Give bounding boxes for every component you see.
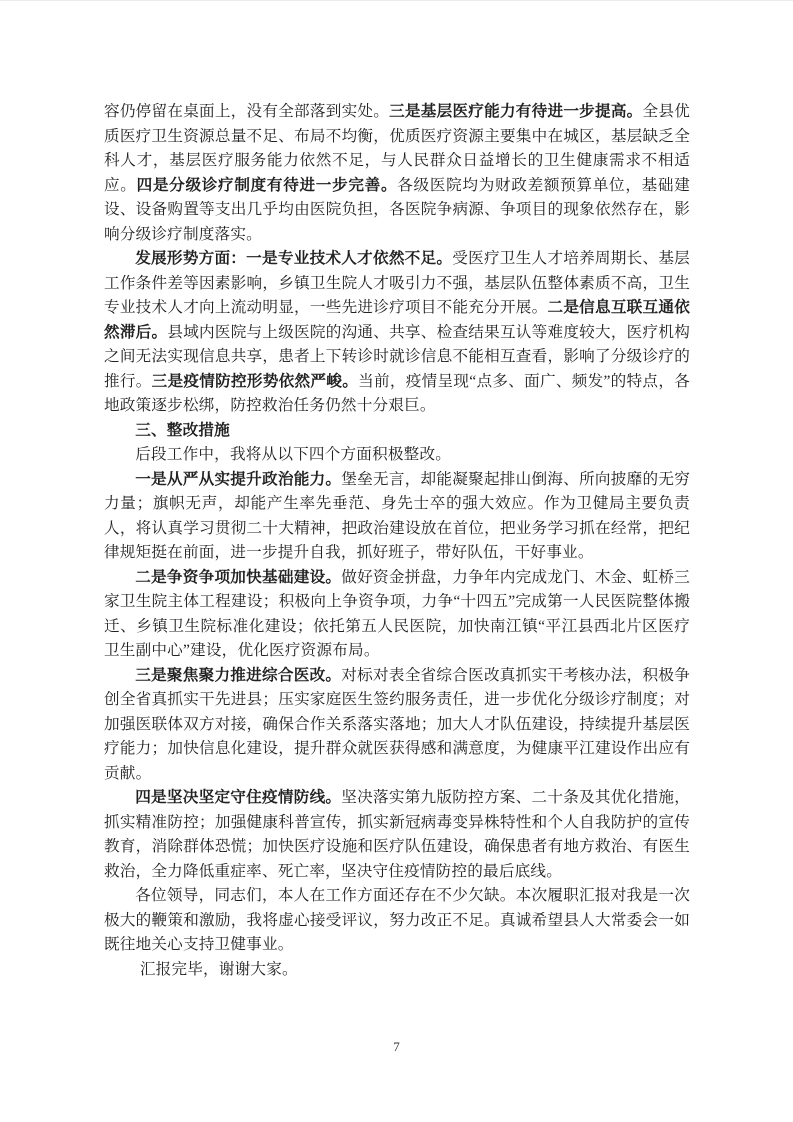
section-heading: 三、整改措施 <box>104 419 690 444</box>
bold-text-segment: 发展形势方面：一是专业技术人才依然不足。 <box>135 250 452 267</box>
paragraph: 二是争资争项加快基础建设。做好资金拼盘，力争年内完成龙门、木金、虹桥三家卫生院主… <box>104 566 690 664</box>
body-text-segment: 各位领导，同志们，本人在工作方面还存在不少欠缺。本次履职汇报对我是一次极大的鞭策… <box>104 887 690 953</box>
bold-text-segment: 四是坚决坚定守住疫情防线。 <box>135 789 341 806</box>
page-number: 7 <box>0 1039 793 1055</box>
paragraph: 三是聚焦聚力推进综合医改。对标对表全省综合医改真抓实干考核办法，积极争创全省真抓… <box>104 664 690 787</box>
bold-text-segment: 一是从严从实提升政治能力。 <box>135 471 341 488</box>
paragraph: 发展形势方面：一是专业技术人才依然不足。受医疗卫生人才培养周期长、基层工作条件差… <box>104 247 690 419</box>
paragraph: 一是从严从实提升政治能力。堡垒无言，却能凝聚起排山倒海、所向披靡的无穷力量；旗帜… <box>104 468 690 566</box>
bold-text-segment: 三、整改措施 <box>135 422 230 439</box>
body-text-segment: 后段工作中，我将从以下四个方面积极整改。 <box>135 446 451 463</box>
paragraph: 后段工作中，我将从以下四个方面积极整改。 <box>104 443 690 468</box>
bold-text-segment: 三是聚焦聚力推进综合医改。 <box>135 667 341 684</box>
bold-text-segment: 三是基层医疗能力有待进一步提高。 <box>389 103 642 120</box>
body-text-segment: 汇报完毕，谢谢大家。 <box>140 961 298 978</box>
document-page: 容仍停留在桌面上，没有全部落到实处。三是基层医疗能力有待进一步提高。全县优质医疗… <box>0 0 793 1122</box>
paragraph: 汇报完毕，谢谢大家。 <box>104 958 690 983</box>
paragraph: 四是坚决坚定守住疫情防线。坚决落实第九版防控方案、二十条及其优化措施，抓实精准防… <box>104 786 690 884</box>
body-text-segment: 容仍停留在桌面上，没有全部落到实处。 <box>104 103 389 120</box>
bold-text-segment: 二是争资争项加快基础建设。 <box>135 569 341 586</box>
paragraph: 容仍停留在桌面上，没有全部落到实处。三是基层医疗能力有待进一步提高。全县优质医疗… <box>104 100 690 247</box>
bold-text-segment: 三是疫情防控形势依然严峻。 <box>152 373 358 390</box>
paragraph: 各位领导，同志们，本人在工作方面还存在不少欠缺。本次履职汇报对我是一次极大的鞭策… <box>104 884 690 958</box>
document-body: 容仍停留在桌面上，没有全部落到实处。三是基层医疗能力有待进一步提高。全县优质医疗… <box>104 100 690 982</box>
bold-text-segment: 四是分级诊疗制度有待进一步完善。 <box>137 177 398 194</box>
